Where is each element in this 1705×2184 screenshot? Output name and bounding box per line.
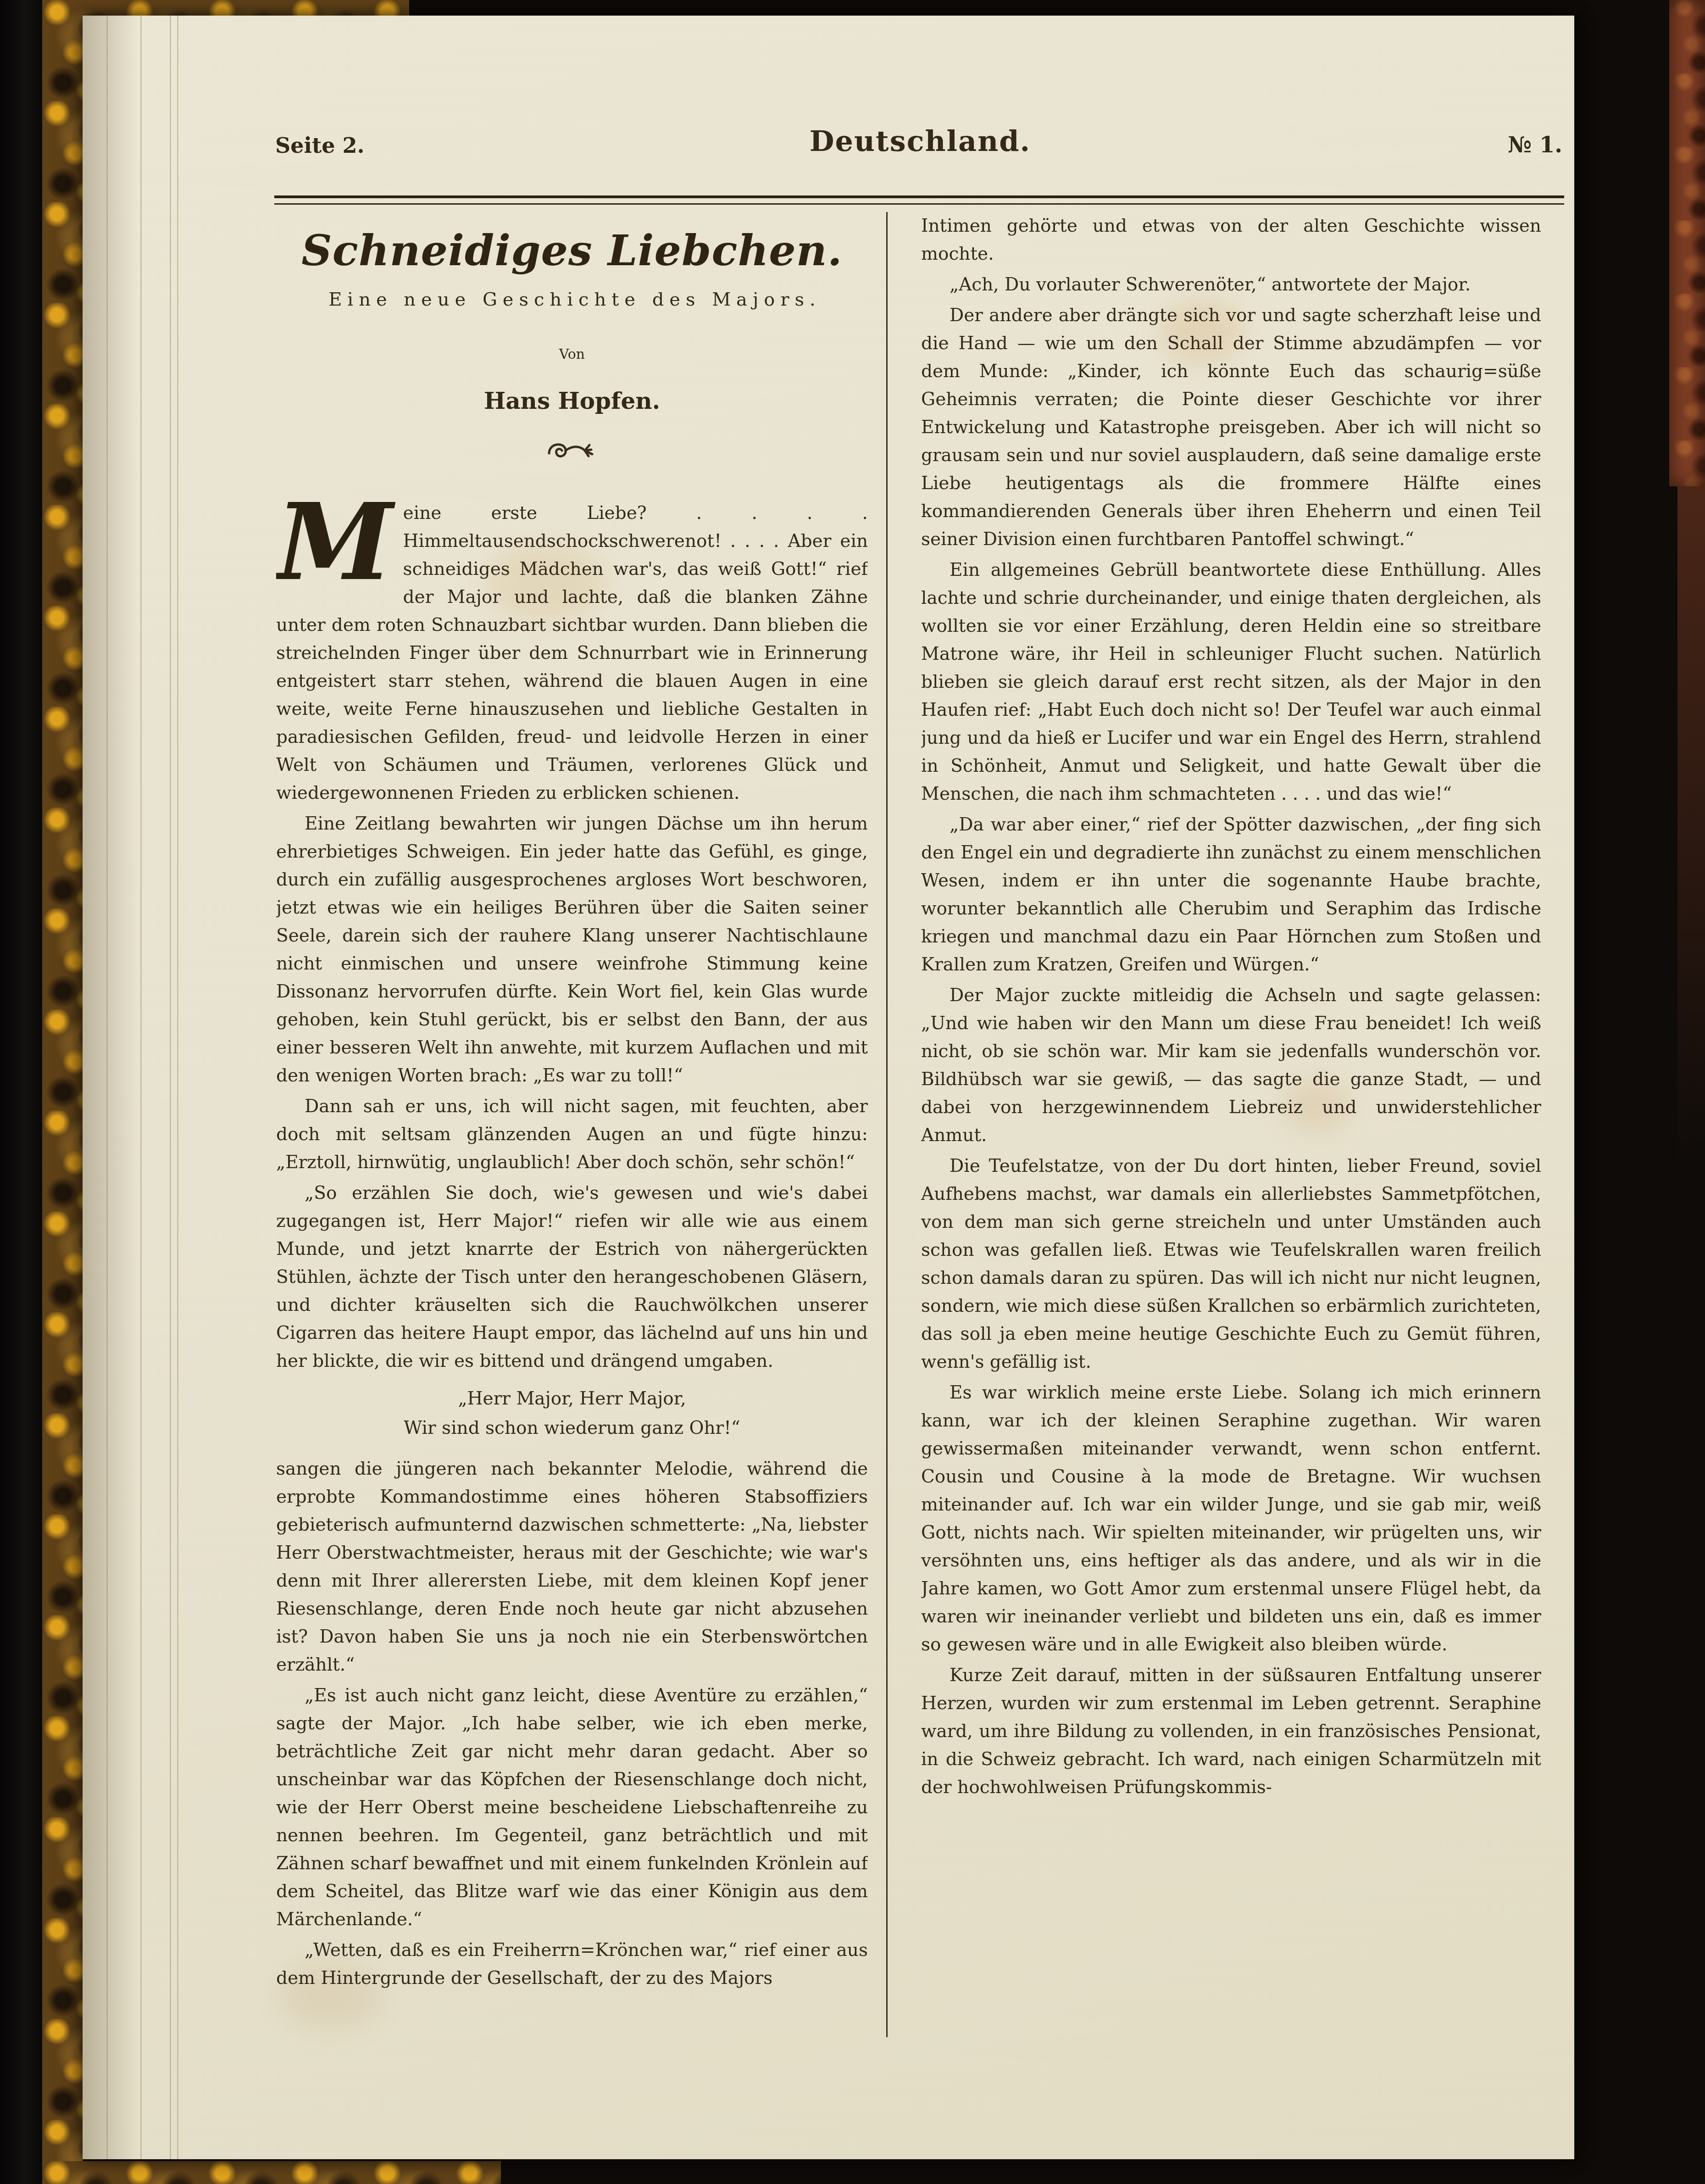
header-rule <box>274 195 1564 205</box>
paragraph: Es war wirklich meine erste Liebe. Solan… <box>921 1379 1541 1659</box>
page-edge-crease <box>177 16 178 2159</box>
book-spine <box>0 0 42 2184</box>
masthead-title: Deutschland. <box>275 124 1565 158</box>
marbled-binding-edge-left <box>42 0 83 2184</box>
header-rule-thin <box>274 203 1564 205</box>
header-rule-thick <box>274 195 1564 198</box>
byline-label: Von <box>276 340 868 368</box>
verse-line: Wir sind schon wiederum ganz Ohr!“ <box>276 1414 868 1443</box>
paragraph: Dann sah er uns, ich will nicht sagen, m… <box>276 1092 868 1176</box>
column-divider-rule <box>886 212 888 2037</box>
scanned-page: Seite 2. Deutschland. № 1. Schneidiges L… <box>83 16 1574 2159</box>
page-edge-crease <box>106 16 108 2159</box>
page-edge-crease <box>170 16 171 2159</box>
verse-line: „Herr Major, Herr Major, <box>276 1384 868 1414</box>
gutter-shadow <box>83 16 138 2159</box>
article-title-block: Schneidiges Liebchen. Eine neue Geschich… <box>276 237 868 467</box>
paragraph: Meine erste Liebe? . . . . Himmeltausend… <box>276 499 868 807</box>
paragraph: Der andere aber drängte sich vor und sag… <box>921 301 1541 553</box>
paragraph: „Da war aber einer,“ rief der Spötter da… <box>921 811 1541 979</box>
paragraph: Eine Zeitlang bewahrten wir jungen Dächs… <box>276 810 868 1090</box>
paragraph: „Wetten, daß es ein Freiherrn=Krönchen w… <box>276 1936 868 1992</box>
flourish-icon <box>544 435 600 467</box>
paragraph: Ein allgemeines Gebrüll beantwortete die… <box>921 556 1541 808</box>
right-column: Intimen gehörte und etwas von der alten … <box>921 212 1541 2045</box>
article-title: Schneidiges Liebchen. <box>276 237 868 265</box>
paragraph: sangen die jüngeren nach bekannter Melod… <box>276 1455 868 1679</box>
paragraph: Der Major zuckte mitleidig die Achseln u… <box>921 981 1541 1149</box>
marbled-binding-edge-bottom <box>42 2161 501 2184</box>
next-page-fore-edge <box>1669 0 1705 486</box>
paragraph: „Es ist auch nicht ganz leicht, diese Av… <box>276 1682 868 1933</box>
running-head: Seite 2. Deutschland. № 1. <box>275 121 1565 158</box>
paragraph: Intimen gehörte und etwas von der alten … <box>921 212 1541 268</box>
drop-cap-initial: M <box>276 504 393 581</box>
paragraph: Kurze Zeit darauf, mitten in der süßsaur… <box>921 1661 1541 1801</box>
page-edge-crease <box>140 16 142 2159</box>
song-verse: „Herr Major, Herr Major, Wir sind schon … <box>276 1384 868 1443</box>
left-column: Schneidiges Liebchen. Eine neue Geschich… <box>276 216 868 2042</box>
author-name: Hans Hopfen. <box>276 387 868 415</box>
next-page-fore-edge-fade <box>1677 486 1705 1175</box>
article-subtitle: Eine neue Geschichte des Majors. <box>276 286 868 314</box>
paragraph: „Ach, Du vorlauter Schwerenöter,“ antwor… <box>921 271 1541 299</box>
paragraph: „So erzählen Sie doch, wie's gewesen und… <box>276 1179 868 1375</box>
issue-number-label: № 1. <box>1508 132 1562 158</box>
paragraph: Die Teufelstatze, von der Du dort hinten… <box>921 1152 1541 1376</box>
